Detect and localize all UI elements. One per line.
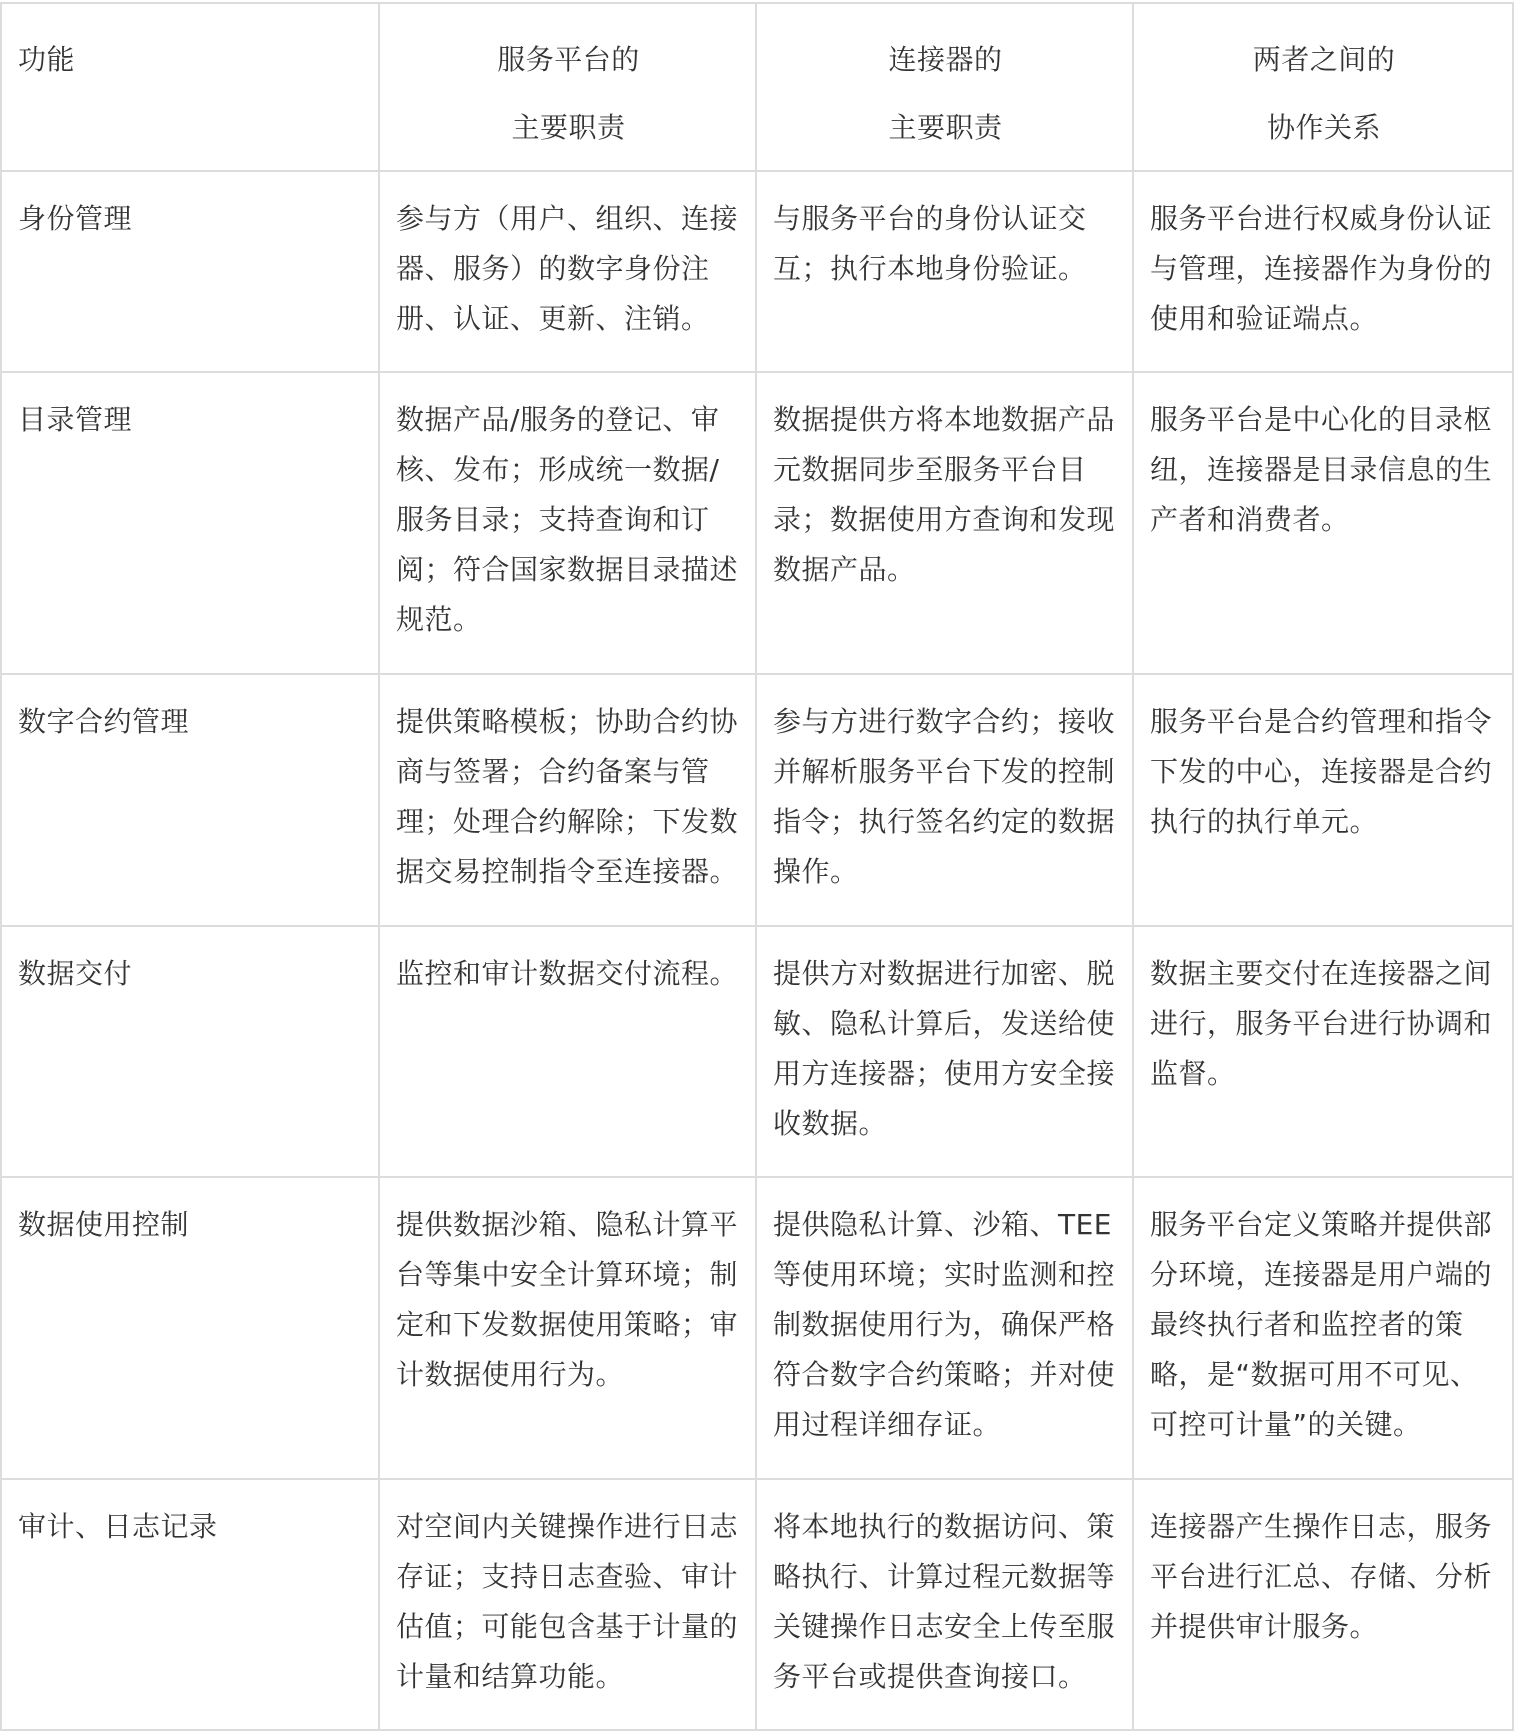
cell-platform: 提供策略模板；协助合约协商与签署；合约备案与管理；处理合约解除；下发数据交易控制… — [379, 674, 756, 926]
table-row: 审计、日志记录 对空间内关键操作进行日志存证；支持日志查验、审计估值；可能包含基… — [1, 1479, 1513, 1730]
header-function-line-1: 功能 — [18, 26, 364, 94]
cell-platform: 参与方（用户、组织、连接器、服务）的数字身份注册、认证、更新、注销。 — [379, 171, 756, 372]
table-row: 数字合约管理 提供策略模板；协助合约协商与签署；合约备案与管理；处理合约解除；下… — [1, 674, 1513, 926]
cell-function: 数据使用控制 — [1, 1177, 379, 1479]
header-connector: 连接器的 主要职责 — [756, 3, 1133, 171]
header-collaboration-line-2: 协作关系 — [1150, 94, 1498, 162]
cell-platform: 对空间内关键操作进行日志存证；支持日志查验、审计估值；可能包含基于计量的计量和结… — [379, 1479, 756, 1730]
table-row: 目录管理 数据产品/服务的登记、审核、发布；形成统一数据/服务目录；支持查询和订… — [1, 372, 1513, 674]
cell-collaboration: 数据主要交付在连接器之间进行，服务平台进行协调和监督。 — [1133, 926, 1513, 1177]
header-platform-line-2: 主要职责 — [396, 94, 741, 162]
header-platform: 服务平台的 主要职责 — [379, 3, 756, 171]
header-function: 功能 — [1, 3, 379, 171]
responsibility-table: 功能 服务平台的 主要职责 连接器的 主要职责 两者之间的 协作关系 身份管理 … — [0, 2, 1514, 1731]
cell-connector: 提供隐私计算、沙箱、TEE等使用环境；实时监测和控制数据使用行为，确保严格符合数… — [756, 1177, 1133, 1479]
header-collaboration: 两者之间的 协作关系 — [1133, 3, 1513, 171]
header-platform-line-1: 服务平台的 — [396, 26, 741, 94]
header-connector-line-1: 连接器的 — [773, 26, 1118, 94]
cell-collaboration: 连接器产生操作日志，服务平台进行汇总、存储、分析并提供审计服务。 — [1133, 1479, 1513, 1730]
cell-collaboration: 服务平台是合约管理和指令下发的中心，连接器是合约执行的执行单元。 — [1133, 674, 1513, 926]
cell-connector: 与服务平台的身份认证交互；执行本地身份验证。 — [756, 171, 1133, 372]
cell-function: 身份管理 — [1, 171, 379, 372]
cell-connector: 将本地执行的数据访问、策略执行、计算过程元数据等关键操作日志安全上传至服务平台或… — [756, 1479, 1133, 1730]
cell-function: 目录管理 — [1, 372, 379, 674]
table-row: 数据交付 监控和审计数据交付流程。 提供方对数据进行加密、脱敏、隐私计算后，发送… — [1, 926, 1513, 1177]
cell-collaboration: 服务平台进行权威身份认证与管理，连接器作为身份的使用和验证端点。 — [1133, 171, 1513, 372]
table-row: 身份管理 参与方（用户、组织、连接器、服务）的数字身份注册、认证、更新、注销。 … — [1, 171, 1513, 372]
cell-connector: 参与方进行数字合约；接收并解析服务平台下发的控制指令；执行签名约定的数据操作。 — [756, 674, 1133, 926]
cell-connector: 数据提供方将本地数据产品元数据同步至服务平台目录；数据使用方查询和发现数据产品。 — [756, 372, 1133, 674]
cell-collaboration: 服务平台定义策略并提供部分环境，连接器是用户端的最终执行者和监控者的策略，是“数… — [1133, 1177, 1513, 1479]
cell-function: 数据交付 — [1, 926, 379, 1177]
header-connector-line-2: 主要职责 — [773, 94, 1118, 162]
table-row: 数据使用控制 提供数据沙箱、隐私计算平台等集中安全计算环境；制定和下发数据使用策… — [1, 1177, 1513, 1479]
cell-platform: 提供数据沙箱、隐私计算平台等集中安全计算环境；制定和下发数据使用策略；审计数据使… — [379, 1177, 756, 1479]
cell-collaboration: 服务平台是中心化的目录枢纽，连接器是目录信息的生产者和消费者。 — [1133, 372, 1513, 674]
table-header-row: 功能 服务平台的 主要职责 连接器的 主要职责 两者之间的 协作关系 — [1, 3, 1513, 171]
header-collaboration-line-1: 两者之间的 — [1150, 26, 1498, 94]
cell-function: 数字合约管理 — [1, 674, 379, 926]
cell-function: 审计、日志记录 — [1, 1479, 379, 1730]
cell-connector: 提供方对数据进行加密、脱敏、隐私计算后，发送给使用方连接器；使用方安全接收数据。 — [756, 926, 1133, 1177]
cell-platform: 监控和审计数据交付流程。 — [379, 926, 756, 1177]
cell-platform: 数据产品/服务的登记、审核、发布；形成统一数据/服务目录；支持查询和订阅；符合国… — [379, 372, 756, 674]
